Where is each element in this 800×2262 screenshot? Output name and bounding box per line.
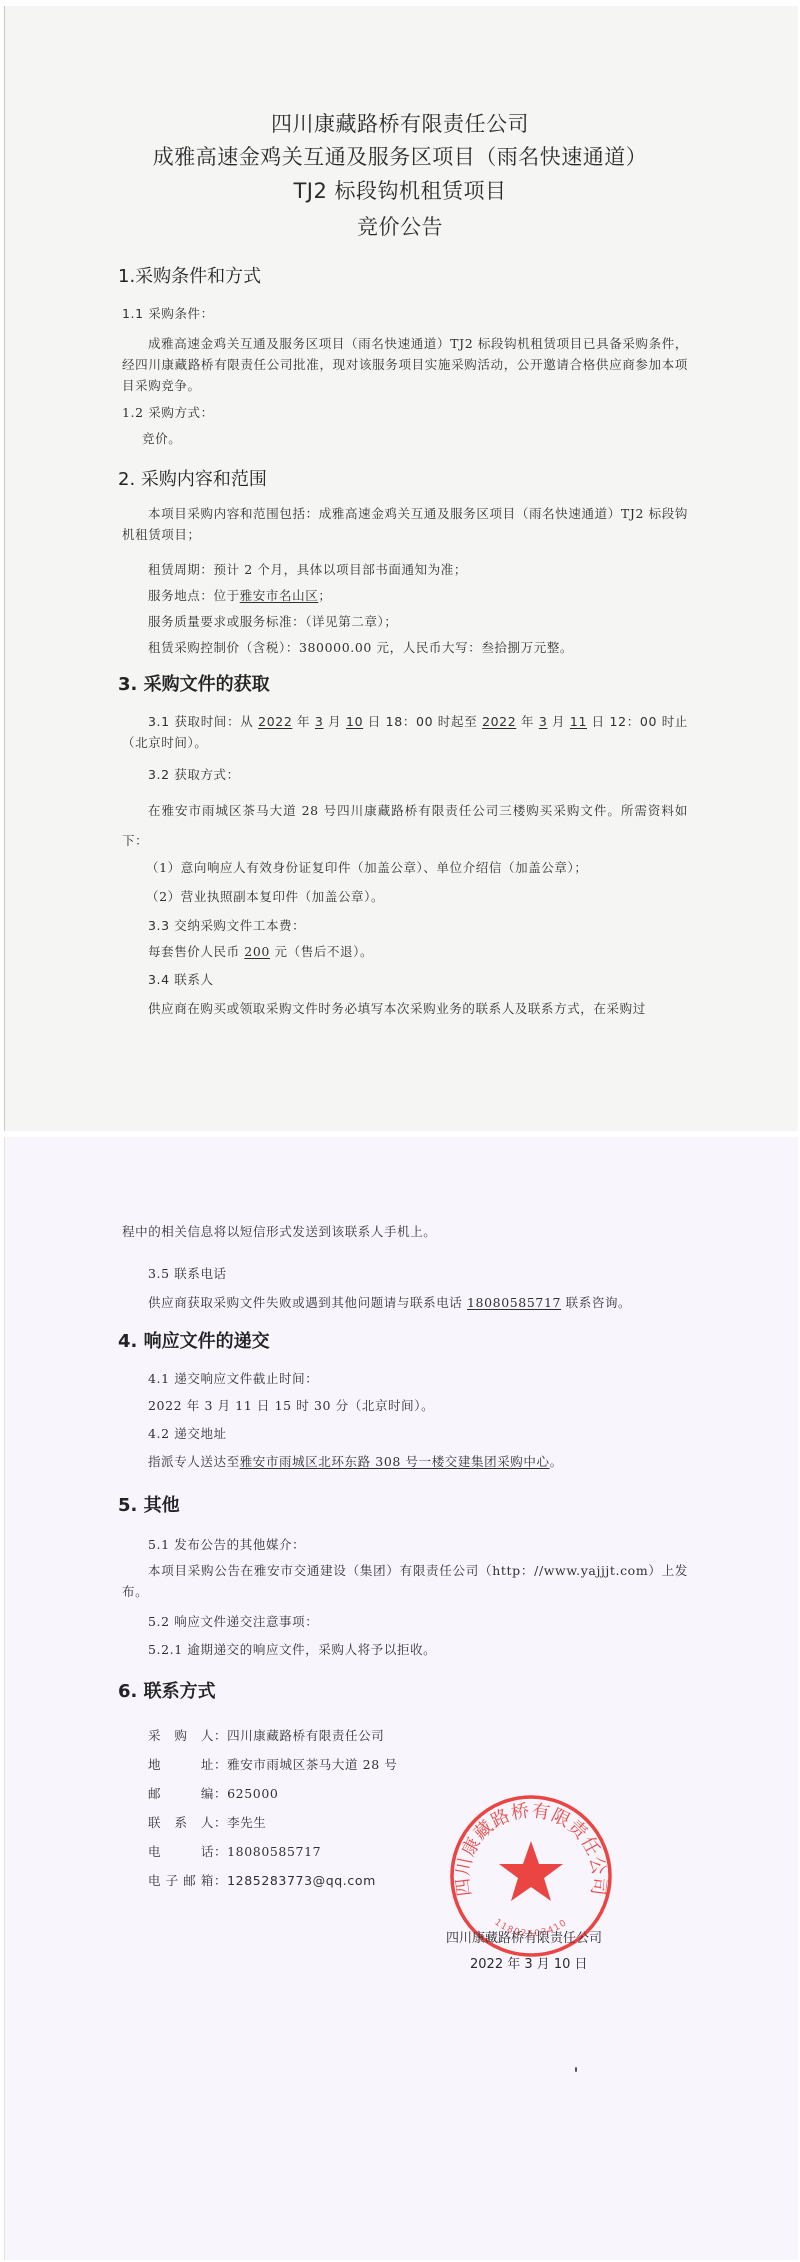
company-title: 四川康藏路桥有限责任公司 [0, 108, 800, 138]
contact-value: 四川康藏路桥有限责任公司 [227, 1728, 384, 1743]
section-2-heading: 2. 采购内容和范围 [118, 465, 267, 491]
contact-label: 联 系 人 [148, 1813, 214, 1831]
fee-prefix: 每套售价人民币 [148, 944, 244, 959]
start-day: 10 [346, 714, 363, 729]
section-3-heading: 3. 采购文件的获取 [118, 670, 270, 696]
section-1-heading: 1.采购条件和方式 [118, 262, 261, 288]
service-location-value: 雅安市名山区 [240, 588, 319, 603]
contact-person: 联 系 人：李先生 [148, 1813, 266, 1831]
project-title-line1: 成雅高速金鸡关互通及服务区项目（雨名快速通道） [0, 141, 800, 171]
scope-text: 本项目采购内容和范围包括：成雅高速金鸡关互通及服务区项目（雨名快速通道）TJ2 … [122, 503, 688, 545]
contact-value: 李先生 [227, 1815, 266, 1830]
section-5-2-1-text: 5.2.1 逾期递交的响应文件，采购人将予以拒收。 [148, 1640, 436, 1658]
section-3-2-label: 3.2 获取方式： [148, 765, 240, 783]
submission-deadline: 2022 年 3 月 11 日 15 时 30 分（北京时间）。 [148, 1396, 434, 1414]
section-3-4-text-part2: 程中的相关信息将以短信形式发送到该联系人手机上。 [122, 1222, 436, 1240]
control-price: 租赁采购控制价（含税）：380000.00 元，人民币大写：叁拾捌万元整。 [148, 638, 573, 656]
contact-value: 625000 [227, 1786, 278, 1801]
contact-label: 地 址 [148, 1755, 214, 1773]
month-unit-2: 月 [547, 714, 570, 729]
section-3-3-label: 3.3 交纳采购文件工本费： [148, 916, 305, 934]
contact-label: 电子邮箱 [148, 1871, 214, 1889]
project-title-line2: TJ2 标段钩机租赁项目 [0, 175, 800, 205]
material-item-1: （1）意向响应人有效身份证复印件（加盖公章）、单位介绍信（加盖公章）； [146, 858, 587, 876]
document-type-title: 竞价公告 [0, 211, 800, 241]
signature-company: 四川康藏路桥有限责任公司 [446, 1927, 602, 1946]
contact-value: 18080585717 [227, 1844, 321, 1859]
service-standard: 服务质量要求或服务标准：（详见第二章）； [148, 612, 398, 630]
fee-suffix: 元（售后不退）。 [270, 944, 373, 959]
section-3-1-text: 3.1 获取时间：从 2022 年 3 月 10 日 18：00 时起至 202… [122, 711, 688, 753]
address-value: 雅安市雨城区北环东路 308 号一楼交建集团采购中心 [240, 1454, 550, 1469]
service-location: 服务地点：位于雅安市名山区； [148, 586, 331, 604]
address-prefix: 指派专人送达至 [148, 1454, 240, 1469]
fee-amount: 200 [244, 944, 270, 959]
section-3-5-text: 供应商获取采购文件失败或遇到其他问题请与联系电话 18080585717 联系咨… [148, 1293, 631, 1311]
section-4-1-label: 4.1 递交响应文件截止时间： [148, 1369, 318, 1387]
contact-value: 1285283773@qq.com [227, 1873, 376, 1888]
contact-email: 电子邮箱：1285283773@qq.com [148, 1871, 376, 1889]
start-time: 日 18：00 时起至 [363, 714, 482, 729]
service-location-end: ； [318, 588, 331, 603]
signature-date: 2022 年 3 月 10 日 [470, 1953, 588, 1972]
start-year: 2022 [258, 714, 292, 729]
end-year: 2022 [482, 714, 516, 729]
phone-prefix: 供应商获取采购文件失败或遇到其他问题请与联系电话 [148, 1295, 467, 1310]
month-unit: 月 [323, 714, 346, 729]
contact-address: 地 址：雅安市雨城区茶马大道 28 号 [148, 1755, 397, 1773]
section-3-4-label: 3.4 联系人 [148, 970, 214, 988]
section-1-1-text: 成雅高速金鸡关互通及服务区项目（雨名快速通道）TJ2 标段钩机租赁项目已具备采购… [122, 333, 688, 396]
section-3-5-label: 3.5 联系电话 [148, 1264, 227, 1282]
section-5-1-text: 本项目采购公告在雅安市交通建设（集团）有限责任公司（http：//www.yaj… [122, 1560, 688, 1602]
section-1-1-label: 1.1 采购条件： [122, 304, 214, 322]
contact-label: 邮 编 [148, 1784, 214, 1802]
contact-label: 电 话 [148, 1842, 214, 1860]
contact-postcode: 邮 编：625000 [148, 1784, 278, 1802]
service-location-label: 服务地点：位于 [148, 588, 240, 603]
year-unit-2: 年 [516, 714, 539, 729]
section-6-heading: 6. 联系方式 [118, 1677, 216, 1703]
end-day: 11 [570, 714, 587, 729]
submission-address: 指派专人送达至雅安市雨城区北环东路 308 号一楼交建集团采购中心。 [148, 1452, 563, 1470]
section-5-heading: 5. 其他 [118, 1491, 180, 1517]
section-3-4-text-part1: 供应商在购买或领取采购文件时务必填写本次采购业务的联系人及联系方式，在采购过 [148, 999, 646, 1017]
acquire-time-prefix: 3.1 获取时间：从 [148, 714, 258, 729]
section-4-heading: 4. 响应文件的递交 [118, 1327, 270, 1353]
scan-artifact [575, 2067, 577, 2072]
phone-suffix: 联系咨询。 [561, 1295, 631, 1310]
contact-label: 采 购 人 [148, 1726, 214, 1744]
address-suffix: 。 [550, 1454, 563, 1469]
section-3-2-text: 在雅安市雨城区茶马大道 28 号四川康藏路桥有限责任公司三楼购买采购文件。所需资… [122, 796, 688, 856]
contact-value: 雅安市雨城区茶马大道 28 号 [227, 1757, 397, 1772]
document-fee: 每套售价人民币 200 元（售后不退）。 [148, 942, 373, 960]
section-5-1-label: 5.1 发布公告的其他媒介： [148, 1535, 305, 1553]
contact-purchaser: 采 购 人：四川康藏路桥有限责任公司 [148, 1726, 384, 1744]
section-4-2-label: 4.2 递交地址 [148, 1424, 227, 1442]
material-item-2: （2）营业执照副本复印件（加盖公章）。 [146, 887, 384, 905]
section-5-2-label: 5.2 响应文件递交注意事项： [148, 1612, 318, 1630]
section-1-2-text: 竞价。 [142, 429, 181, 447]
contact-phone: 电 话：18080585717 [148, 1842, 321, 1860]
section-1-2-label: 1.2 采购方式： [122, 403, 214, 421]
contact-phone-link: 18080585717 [467, 1295, 561, 1310]
year-unit: 年 [292, 714, 315, 729]
lease-period: 租赁周期：预计 2 个月，具体以项目部书面通知为准； [148, 560, 467, 578]
